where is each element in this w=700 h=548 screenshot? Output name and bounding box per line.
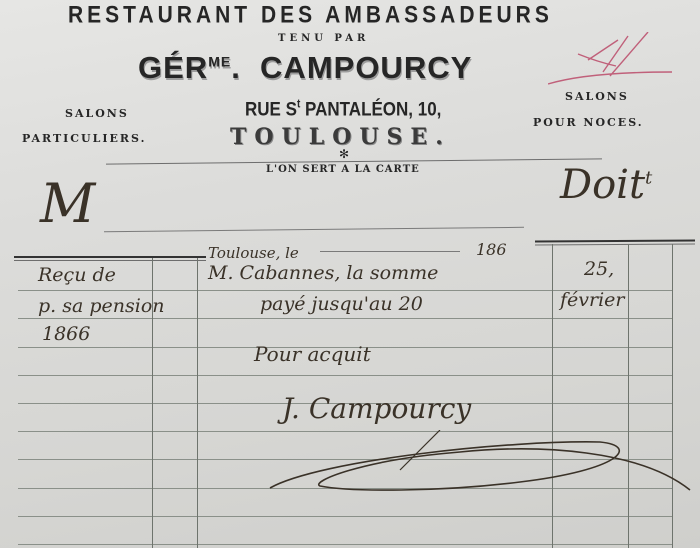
debtor-label-sup: t: [645, 168, 652, 189]
handwritten-year: 1866: [42, 323, 90, 345]
signature-flourish-icon: [260, 430, 700, 510]
address-street: RUE S: [245, 98, 297, 120]
address-rest: PANTALÉON, 10,: [300, 98, 441, 120]
handwritten-paid-until: payé jusqu'au 20: [260, 293, 423, 315]
date-line: [320, 251, 460, 252]
service-note: L'ON SERT A LA CARTE: [266, 164, 420, 175]
salons-right-2: POUR NOCES.: [533, 116, 644, 129]
proprietor-prefix: GÉR: [138, 50, 208, 85]
ruled-line: [18, 318, 673, 319]
place-date-label: Toulouse, le: [208, 244, 299, 262]
proprietor-prefix-sup: ME: [208, 54, 231, 70]
held-by-label: TENU PAR: [278, 33, 369, 44]
handwritten-received: Reçu de: [38, 264, 116, 286]
debtor-label-text: Doit: [560, 162, 645, 208]
handwritten-amount: 25,: [584, 258, 614, 280]
red-pencil-mark-icon: [548, 32, 678, 92]
ruled-line: [18, 544, 673, 545]
establishment-name: RESTAURANT DES AMBASSADEURS: [68, 2, 553, 30]
handwritten-closing: Pour acquit: [254, 342, 371, 366]
debtor-label: Doitt: [560, 162, 652, 208]
ornament-icon: ✻: [339, 147, 349, 161]
year-prefix: 186: [476, 240, 507, 259]
handwritten-pension: p. sa pension: [38, 295, 165, 317]
column-rule: [197, 258, 198, 548]
addressee-prefix: M: [40, 172, 95, 235]
proprietor-name: GÉRME. CAMPOURCY: [138, 50, 472, 86]
handwritten-signature: J. Campourcy: [282, 392, 471, 425]
address: RUE St PANTALÉON, 10,: [245, 98, 441, 121]
left-double-rule-thin: [14, 260, 206, 261]
ruled-line: [18, 375, 673, 376]
salons-left-1: SALONS: [65, 107, 129, 120]
ruled-line: [18, 516, 673, 517]
handwritten-month: février: [560, 289, 625, 311]
right-double-rule: [535, 239, 695, 242]
left-double-rule: [14, 256, 206, 258]
proprietor-surname: CAMPOURCY: [260, 50, 472, 85]
handwritten-payer: M. Cabannes, la somme: [208, 262, 438, 284]
right-double-rule-thin: [535, 243, 695, 245]
addressee-line: [104, 227, 524, 232]
proprietor-dot: .: [231, 50, 241, 85]
salons-left-2: PARTICULIERS.: [22, 132, 146, 145]
